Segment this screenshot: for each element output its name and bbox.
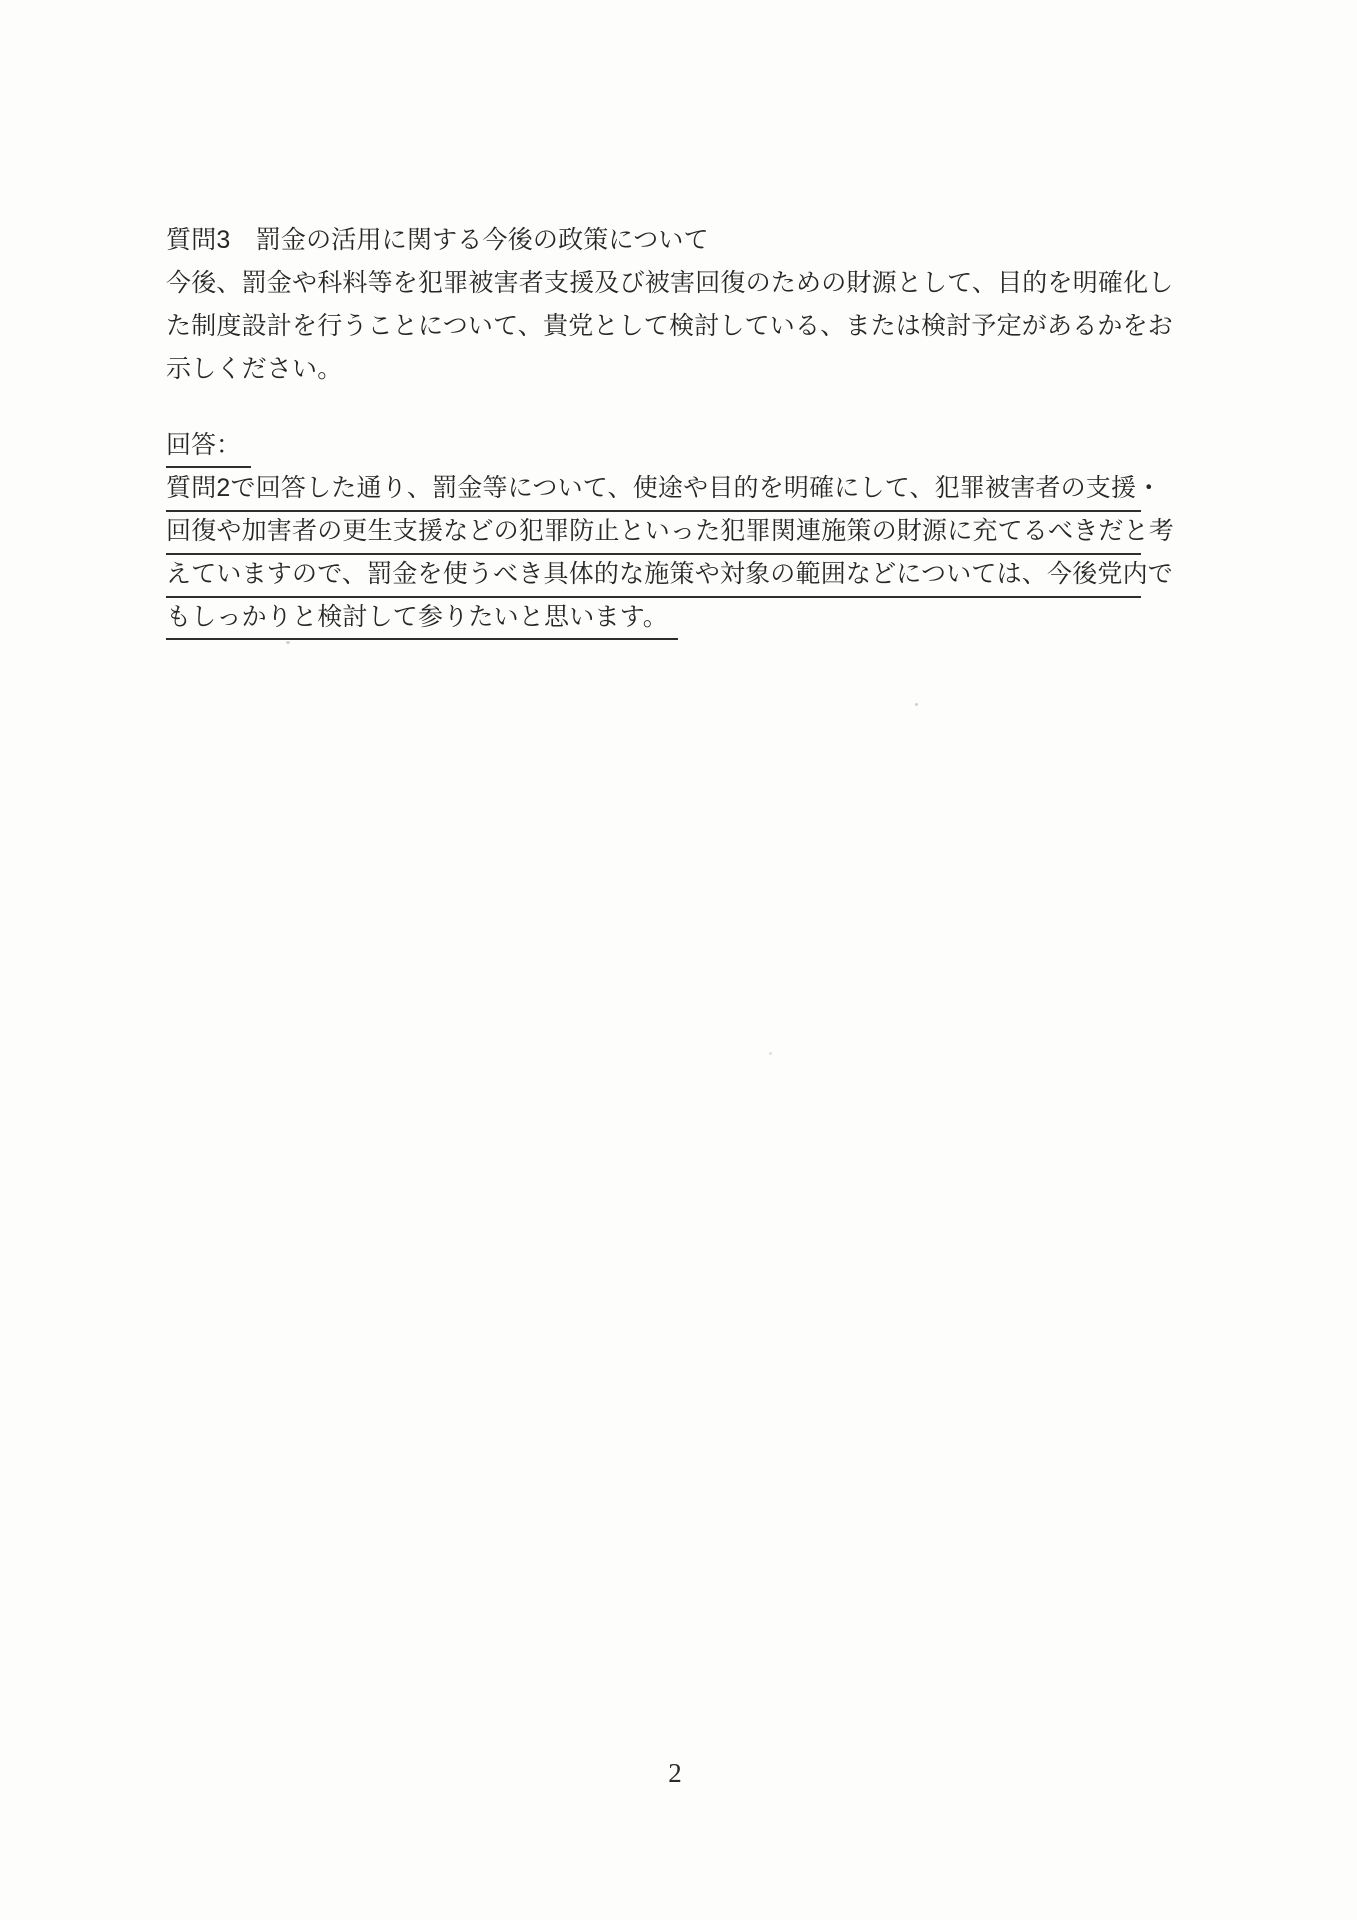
answer-line-2: 回復や加害者の更生支援などの犯罪防止といった犯罪関連施策の財源に充てるべきだと考 xyxy=(166,515,1141,555)
question-heading: 質問3 罰金の活用に関する今後の政策について xyxy=(166,224,1141,264)
answer-label-line: 回答： xyxy=(166,429,251,468)
scanned-document-page: 質問3 罰金の活用に関する今後の政策について 今後、罰金や科料等を犯罪被害者支援… xyxy=(0,0,1357,1920)
scan-speck xyxy=(769,1052,772,1055)
question-body-line-3: 示しください。 xyxy=(166,353,1141,393)
question-body-line-1: 今後、罰金や科料等を犯罪被害者支援及び被害回復のための財源として、目的を明確化し xyxy=(166,267,1141,307)
answer-line-3: えていますので、罰金を使うべき具体的な施策や対象の範囲などについては、今後党内で xyxy=(166,558,1141,598)
answer-line-4-wrap: もしっかりと検討して参りたいと思います。 xyxy=(166,601,1141,641)
question-body-line-2: た制度設計を行うことについて、貴党として検討している、または検討予定があるかをお xyxy=(166,310,1141,350)
page-number: 2 xyxy=(630,1758,720,1789)
scan-speck xyxy=(286,641,290,644)
answer-line-1: 質問2で回答した通り、罰金等について、使途や目的を明確にして、犯罪被害者の支援・ xyxy=(166,472,1141,512)
scan-speck xyxy=(915,703,918,706)
answer-line-4: もしっかりと検討して参りたいと思います。 xyxy=(166,601,678,640)
answer-label: 回答： xyxy=(166,429,251,468)
